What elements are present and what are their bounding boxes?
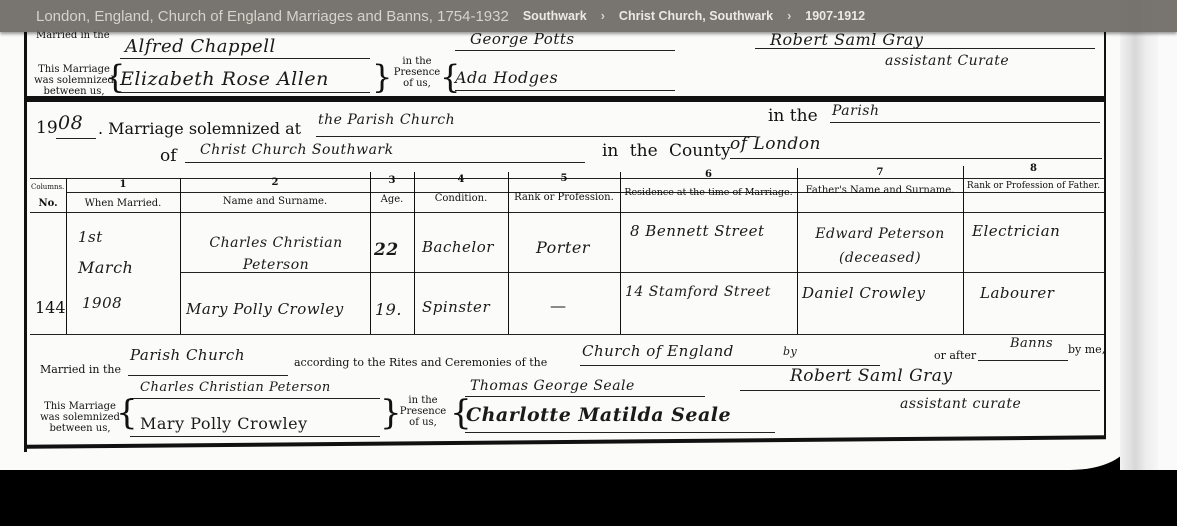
bride-signature: Mary Polly Crowley [140,414,308,433]
left-border [24,32,27,452]
married-in-label: Married in the [40,363,121,376]
breadcrumb: Southwark › Christ Church, Southwark › 1… [523,9,865,23]
bride-condition: Spinster [422,298,490,316]
officiant-title: assistant curate [900,396,1021,412]
col-1-num: 1 [66,179,180,190]
adjacent-page [1158,0,1177,470]
breadcrumb-years[interactable]: 1907-1912 [805,9,865,23]
prev-groom-signature: Alfred Chappell [125,36,276,57]
no-header: No. [31,198,65,209]
rites-value: Church of England [582,342,734,360]
groom-father-profession: Electrician [972,222,1060,240]
entry-divider [26,96,1104,102]
col-7-header: Father's Name and Surname. [797,185,963,196]
col-2-num: 2 [180,177,370,188]
groom-signature: Charles Christian Peterson [140,380,331,395]
col-3-num: 3 [370,175,414,186]
bride-residence: 14 Stamford Street [625,284,771,300]
col-7-num: 7 [797,167,963,178]
entry-number: 144 [35,298,66,317]
prev-bride-signature: Elizabeth Rose Allen [120,68,329,90]
married-in-value: Parish Church [130,346,245,364]
col-5-num: 5 [508,173,620,184]
prev-officiant: Robert Saml Gray [770,30,923,49]
chevron-right-icon: › [601,9,605,23]
of-value: Christ Church Southwark [200,142,394,158]
year-prefix: 19 [36,118,58,138]
bride-profession: — [550,296,567,315]
prev-witness-2: Ada Hodges [455,68,558,87]
prev-presence-label: in thePresenceof us, [392,56,442,89]
presence-label: in thePresenceof us, [398,395,448,428]
register-page: Married in the Alfred Chappell This Marr… [0,0,1130,470]
bottom-border [26,435,1106,448]
rites-label: according to the Rites and Ceremonies of… [294,356,547,369]
in-the-label: in the [768,106,818,126]
columns-label: Columns. [31,183,64,191]
page-gutter [1120,0,1158,470]
col-6-header: Residence at the time of Marriage. [620,187,797,198]
prev-witness-1: George Potts [470,30,575,48]
col-8-header: Rank or Profession of Father. [963,181,1104,191]
married-month: March [78,258,133,277]
solemnized-label: This Marriagewas solemnizedbetween us, [40,401,120,434]
col-3-header: Age. [370,194,414,205]
or-after-value: Banns [1010,336,1053,351]
solemnized-at-value: the Parish Church [318,112,455,128]
groom-condition: Bachelor [422,238,494,256]
chevron-right-icon: › [787,9,791,23]
groom-age: 22 [374,240,399,260]
col-1-header: When Married. [66,198,180,209]
col-4-num: 4 [414,174,508,185]
married-year: 1908 [82,294,122,312]
in-the-value: Parish [832,103,880,119]
collection-title[interactable]: London, England, Church of England Marri… [36,8,509,25]
right-border [1104,32,1106,437]
witness-2: Charlotte Matilda Seale [466,404,731,426]
county-label: in the County [602,141,731,161]
col-4-header: Condition. [414,193,508,204]
col-5-header: Rank or Profession. [508,192,620,203]
title-bar: London, England, Church of England Marri… [0,0,1177,32]
col-6-num: 6 [620,169,797,180]
witness-1: Thomas George Seale [470,378,635,394]
breadcrumb-district[interactable]: Southwark [523,9,587,23]
by-label: by [783,345,797,358]
col-2-header: Name and Surname. [180,196,370,207]
prev-solemnized-label: This Marriagewas solemnizedbetween us, [34,64,114,97]
bride-father: Daniel Crowley [802,284,926,302]
of-label: of [160,146,177,166]
groom-profession: Porter [536,238,590,257]
groom-name: Charles Christian Peterson [186,232,366,276]
breadcrumb-parish[interactable]: Christ Church, Southwark [619,9,773,23]
groom-residence: 8 Bennett Street [630,222,765,240]
or-after-label: or after [934,349,976,362]
prev-officiant-title: assistant Curate [885,53,1009,69]
year-suffix: 08 [58,112,83,134]
record-viewer[interactable]: Married in the Alfred Chappell This Marr… [0,0,1177,526]
bride-father-profession: Labourer [980,284,1054,302]
bride-name: Mary Polly Crowley [186,300,344,318]
married-day: 1st [78,228,103,246]
col-8-num: 8 [963,163,1104,174]
groom-father: Edward Peterson (deceased) [800,222,960,270]
county-value: of London [730,134,821,154]
by-me-label: by me, [1068,343,1105,356]
officiant-signature: Robert Saml Gray [790,366,953,386]
bride-age: 19. [375,300,402,319]
solemnized-at-label: . Marriage solemnized at [98,119,301,138]
